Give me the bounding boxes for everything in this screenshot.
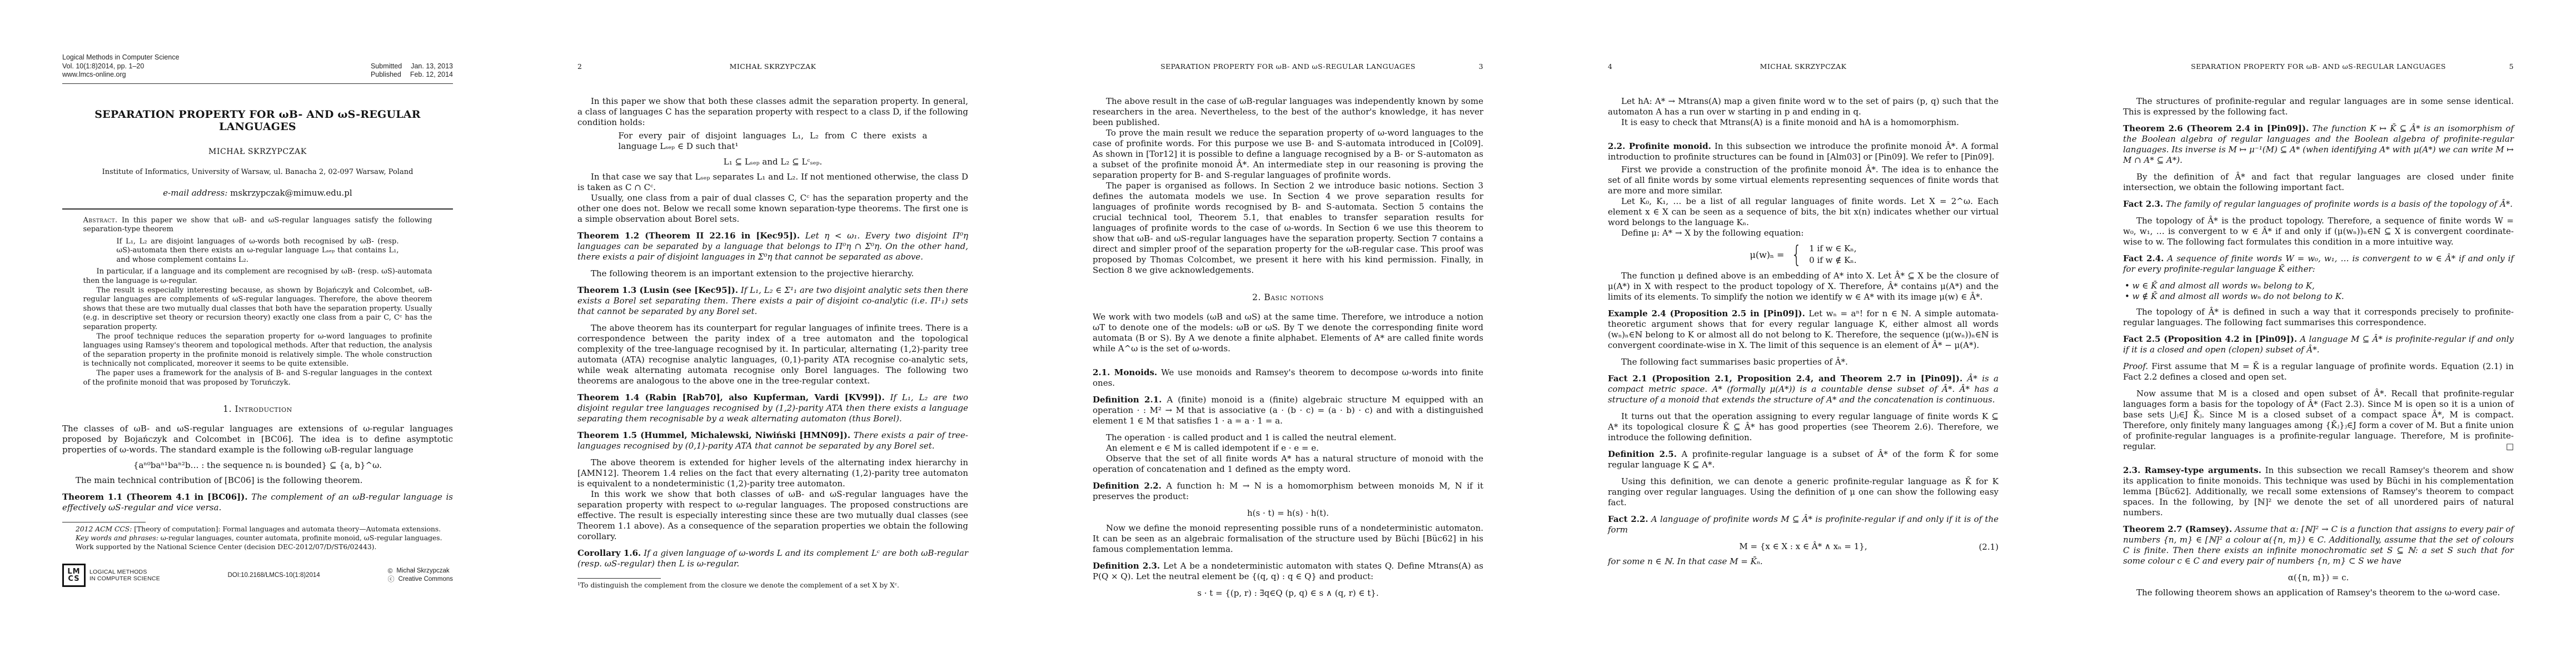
lead-label: Theorem 1.1 (Theorem 4.1 in [BC06]). [62,492,248,502]
text-run: The above theorem is extended for higher… [577,457,968,489]
text-run: We work with two models (ωB and ωS) at t… [1093,312,1483,354]
text-run: A sequence of finite words W = w₀, w₁, …… [2123,253,2514,274]
doi-link[interactable]: DOI:10.2168/LMCS-10(1:8)2014 [160,572,388,579]
paragraph: The above theorem is extended for higher… [577,457,968,489]
text-run: An element e ∈ M is called idempotent if… [1106,443,1319,453]
text-run: A language of profinite words M ⊆ Â* is … [1608,514,1999,535]
paragraph: To prove the main result we reduce the s… [1093,128,1483,181]
paper-title: SEPARATION PROPERTY FOR ωB- AND ωS-REGUL… [62,108,453,133]
lead-label: Theorem 1.5 (Hummel, Michalewski, Niwińs… [577,430,850,440]
paragraph: In this work we show that both classes o… [577,489,968,542]
bullet-list: w ∈ K̄ and almost all words wₙ belong to… [2123,281,2514,302]
paragraph: The paper is organised as follows. In Se… [1093,181,1483,276]
email-line: e-mail address: mskrzypczak@mimuw.edu.pl [62,188,453,198]
journal-brand-line: LOGICAL METHODS [89,569,160,576]
page-3-content: SEPARATION PROPERTY FOR ωB- AND ωS-REGUL… [1093,62,1483,603]
example-2-4: Example 2.4 (Proposition 2.5 in [Pin09])… [1608,308,1999,351]
text-run: The following theorem shows an applicati… [2136,588,2500,598]
text-run: Observe that the set of all finite words… [1093,454,1483,474]
formula-text: h(s · t) = h(s) · h(t). [1247,508,1329,518]
paragraph: Now assume that M is a closed and open s… [2123,389,2514,452]
page-2: 2MICHAŁ SKRZYPCZAKIn this paper we show … [515,0,1030,667]
text-run: Let hA: A* → Mtrans(A) map a given finit… [1608,96,1999,117]
text-run: The following theorem is an important ex… [591,268,914,278]
page-header-center: MICHAŁ SKRZYPCZAK [1760,62,1847,71]
text-run: It turns out that the operation assignin… [1608,411,1999,442]
subsection-profinite-monoid: 2.2. Profinite monoid. In this subsectio… [1608,141,1999,162]
lead-label: Theorem 1.3 (Lusin (see [Kec95]). [577,285,738,295]
formula-text: M = {x ∈ X : x ∈ Â* ∧ xₙ = 1}, [1739,541,1867,551]
fact-2-2: Fact 2.2. A language of profinite words … [1608,514,1999,535]
cases-line: 0 if w ∉ Kₙ. [1809,255,1856,266]
formula-text: {aⁿ⁰baⁿ¹baⁿ²b… : the sequence nᵢ is boun… [133,460,382,470]
corollary-1-6: Corollary 1.6. If a given language of ω-… [577,548,968,569]
bullet-item: w ∉ K̄ and almost all words wₙ do not be… [2123,291,2514,302]
creative-commons-icon: ⓒ [388,575,395,584]
page-header: 2MICHAŁ SKRZYPCZAK [577,62,968,71]
formula-text: L₁ ⊆ Lₛₑₚ and L₂ ⊆ Lᶜₛₑₚ. [724,157,823,167]
paragraph: By the definition of Â* and fact that re… [2123,172,2514,193]
submission-label: Submitted [371,62,402,71]
theorem-1-2: Theorem 1.2 (Theorem II 22.16 in [Kec95]… [577,231,968,262]
lead-label: Theorem 1.2 (Theorem II 22.16 in [Kec95]… [577,231,800,241]
text-run: Define μ: A* → X by the following equati… [1621,228,1803,238]
logo-text: CS [68,575,79,583]
lead-label: Fact 2.5 (Proposition 4.2 in [Pin09]). [2123,334,2297,344]
paragraph: Define μ: A* → X by the following equati… [1608,228,1999,238]
journal-masthead: Logical Methods in Computer ScienceVol. … [62,53,453,79]
lead-label: Theorem 2.6 (Theorem 2.4 in [Pin09]). [2123,123,2309,133]
license-row: ⓒCreative Commons [388,575,453,584]
thin-rule [62,83,453,84]
paragraph: The following theorem is an important ex… [577,268,968,279]
paragraph: The function μ defined above is an embed… [1608,271,1999,302]
paragraph: for some n ∈ ℕ. In that case M = K̄ₙ. [1608,556,1999,567]
page-1-content: Logical Methods in Computer ScienceVol. … [62,53,453,552]
paragraph: An element e ∈ M is called idempotent if… [1093,443,1483,454]
journal-info: Logical Methods in Computer ScienceVol. … [62,53,180,79]
page-3: SEPARATION PROPERTY FOR ωB- AND ωS-REGUL… [1030,0,1546,667]
lead-label: Fact 2.1 (Proposition 2.1, Proposition 2… [1608,374,1962,384]
formula: {aⁿ⁰baⁿ¹baⁿ²b… : the sequence nᵢ is boun… [62,460,453,470]
journal-footer: LMCSLOGICAL METHODSIN COMPUTER SCIENCEDO… [62,564,453,587]
theorem-1-3: Theorem 1.3 (Lusin (see [Kec95]). If L₁,… [577,285,968,317]
page-5-content: SEPARATION PROPERTY FOR ωB- AND ωS-REGUL… [2123,62,2514,598]
subsection-monoids: 2.1. Monoids. We use monoids and Ramsey'… [1093,367,1483,389]
lmcs-logo-icon: LMCS [62,564,86,587]
submission-date: Jan. 13, 2013 [411,62,453,71]
text-run: In that case we say that Lₛₑₚ separates … [577,172,968,192]
formula-text: s · t = {(p, r) : ∃q∈Q (p, q) ∈ s ∧ (q, … [1197,588,1378,598]
text-run: ω-regular languages, counter automata, p… [158,534,442,542]
journal-brand: LOGICAL METHODSIN COMPUTER SCIENCE [89,569,160,583]
subsection-ramsey-type-arguments: 2.3. Ramsey-type arguments. In this subs… [2123,465,2514,518]
text-run: In particular, if a language and its com… [83,267,432,285]
text-run: It is easy to check that Mtrans(A) is a … [1621,117,1959,127]
page-4-content: 4MICHAŁ SKRZYPCZAKLet hA: A* → Mtrans(A)… [1608,62,1999,567]
lead-label: e-mail address: [163,188,227,198]
page-2-content: 2MICHAŁ SKRZYPCZAKIn this paper we show … [577,62,968,590]
page-header-right: 3 [1479,62,1483,71]
definition-2-3: Definition 2.3. Let A be a nondeterminis… [1093,561,1483,582]
text-run: First we provide a construction of the p… [1608,165,1999,196]
text-run: for some n ∈ ℕ. In that case M = K̄ₙ. [1608,556,1763,566]
section-introduction: 1. Introduction [62,404,453,414]
text-run: The structures of profinite-regular and … [2123,96,2514,117]
formula-text: α({n, m}) = c. [2288,573,2349,583]
text-run: The proof technique reduces the separati… [83,332,432,369]
text-run: The family of regular languages of profi… [2163,199,2513,209]
journal-info-line: Vol. 10(1:8)2014, pp. 1–20 [62,62,180,71]
paragraph: It turns out that the operation assignin… [1608,411,1999,443]
text-run: The main technical contribution of [BC06… [76,475,362,485]
theorem-2-7: Theorem 2.7 (Ramsey). Assume that α: [ℕ]… [2123,524,2514,566]
lead-label: Definition 2.3. [1093,561,1160,571]
abstract-quote: If L₁, L₂ are disjoint languages of ω-wo… [117,237,399,265]
lead-label: 2.3. Ramsey-type arguments. [2123,465,2261,475]
text-run: By the definition of Â* and fact that re… [2123,172,2514,192]
text-run: Now we define the monoid representing po… [1093,523,1483,554]
text-run: First assume that M = K̄ is a regular la… [2123,361,2514,382]
paragraph: The main technical contribution of [BC06… [62,475,453,486]
equation-tag: (2.1) [1979,542,1999,552]
lead-label: Theorem 2.7 (Ramsey). [2123,524,2232,534]
abstract-paragraph: In particular, if a language and its com… [83,267,432,286]
paragraph: Let hA: A* → Mtrans(A) map a given finit… [1608,96,1999,117]
text-run: Let K₀, K₁, … be a list of all regular l… [1608,196,1999,227]
formula: α({n, m}) = c. [2123,573,2514,583]
fact-2-4: Fact 2.4. A sequence of finite words W =… [2123,253,2514,275]
text-run: The function μ defined above is an embed… [1608,271,1999,302]
abstract-paragraph: The proof technique reduces the separati… [83,332,432,369]
paragraph: Let K₀, K₁, … be a list of all regular l… [1608,196,1999,228]
theorem-1-5: Theorem 1.5 (Hummel, Michalewski, Niwińs… [577,430,968,451]
lead-label: Key words and phrases: [76,534,158,542]
paragraph: First we provide a construction of the p… [1608,165,1999,196]
lead-label: Corollary 1.6. [577,548,641,558]
footnote-1: ¹To distinguish the complement from the … [577,581,968,590]
text-run: ¹To distinguish the complement from the … [577,581,899,589]
lead-label: Theorem 1.4 (Rabin [Rab70], also Kupferm… [577,392,885,402]
quote: For every pair of disjoint languages L₁,… [619,131,928,152]
page-5: SEPARATION PROPERTY FOR ωB- AND ωS-REGUL… [2061,0,2576,667]
text-run: The paper is organised as follows. In Se… [1093,181,1483,275]
lead-label: Definition 2.5. [1608,449,1677,459]
definition-2-1: Definition 2.1. A (finite) monoid is a (… [1093,395,1483,426]
section-basic-notions: 2. Basic notions [1093,292,1483,302]
cases-formula: μ(w)ₙ ={1 if w ∈ Kₙ,0 if w ∉ Kₙ. [1608,243,1999,266]
lead-label: Definition 2.2. [1093,481,1162,491]
page-header: SEPARATION PROPERTY FOR ωB- AND ωS-REGUL… [2123,62,2514,71]
author-name: MICHAŁ SKRZYPCZAK [62,147,453,156]
equation-2-1: M = {x ∈ X : x ∈ Â* ∧ xₙ = 1},(2.1) [1608,541,1999,551]
page-1: Logical Methods in Computer ScienceVol. … [0,0,515,667]
page-header-center: MICHAŁ SKRZYPCZAK [730,62,816,71]
lead-label: Example 2.4 (Proposition 2.5 in [Pin09])… [1608,308,1805,318]
page-header: 4MICHAŁ SKRZYPCZAK [1608,62,1999,71]
definition-2-5: Definition 2.5. A profinite-regular lang… [1608,449,1999,470]
left-brace-glyph: { [1791,243,1802,266]
text-run: The topology of Â* is defined in such a … [2123,307,2514,327]
page-header-center: SEPARATION PROPERTY FOR ωB- AND ωS-REGUL… [2191,62,2446,71]
paragraph: Now we define the monoid representing po… [1093,523,1483,555]
page-header: SEPARATION PROPERTY FOR ωB- AND ωS-REGUL… [1093,62,1483,71]
abstract-paragraph: The paper uses a framework for the analy… [83,369,432,387]
foot-rule [62,522,146,522]
fact-2-1: Fact 2.1 (Proposition 2.1, Proposition 2… [1608,374,1999,405]
paragraph: It is easy to check that Mtrans(A) is a … [1608,117,1999,128]
fact-2-3: Fact 2.3. The family of regular language… [2123,199,2514,210]
formula: s · t = {(p, r) : ∃q∈Q (p, q) ∈ s ∧ (q, … [1093,588,1483,598]
page-header-right: 5 [2509,62,2514,71]
copyright-icon: © [388,567,393,575]
paragraph: The following theorem shows an applicati… [2123,588,2514,598]
text-run: The topology of Â* is the product topolo… [2123,216,2514,247]
text-run: The result is especially interesting bec… [83,286,432,331]
text-run: The paper uses a framework for the analy… [83,369,432,387]
lead-label: 2.1. Monoids. [1093,367,1157,377]
paragraph: We work with two models (ωB and ωS) at t… [1093,312,1483,354]
text-run: [Theory of computation]: Formal language… [132,525,441,533]
lead-label: 2.2. Profinite monoid. [1608,141,1711,151]
paragraph: The operation · is called product and 1 … [1093,432,1483,443]
footnote-keywords: Key words and phrases: ω-regular languag… [62,534,453,543]
paragraph: The structures of profinite-regular and … [2123,96,2514,117]
lead-label: Definition 2.1. [1093,395,1162,405]
paragraph: The classes of ωB- and ωS-regular langua… [62,424,453,455]
submission-date: Feb. 12, 2014 [410,71,453,79]
license-info: ©Michał SkrzypczakⓒCreative Commons [388,567,453,584]
page-header-left: 2 [577,62,582,71]
fact-2-5: Fact 2.5 (Proposition 4.2 in [Pin09]). A… [2123,334,2514,355]
text-run: Work supported by the National Science C… [76,543,376,551]
proof: Proof. First assume that M = K̄ is a reg… [2123,361,2514,382]
text-run: In this paper we show that ωB- and ωS-re… [83,216,432,234]
license-name: Creative Commons [398,575,453,584]
text-run: In this paper we show that both these cl… [577,96,968,127]
text-run: The classes of ωB- and ωS-regular langua… [62,424,453,455]
bullet-item: w ∈ K̄ and almost all words wₙ belong to… [2123,281,2514,291]
theorem-1-1: Theorem 1.1 (Theorem 4.1 in [BC06]). The… [62,492,453,513]
cases-line: 1 if w ∈ Kₙ, [1809,243,1856,255]
cases-lhs: μ(w)ₙ = [1750,250,1784,260]
paragraph: The above result in the case of ωB-regul… [1093,96,1483,128]
thick-rule [62,208,453,210]
lead-label: Fact 2.3. [2123,199,2163,209]
journal-brand-line: IN COMPUTER SCIENCE [89,575,160,583]
journal-url[interactable]: www.lmcs-online.org [62,71,180,79]
text-run[interactable]: mskrzypczak@mimuw.edu.pl [227,188,352,198]
text-run: Using this definition, we can denote a g… [1608,476,1999,507]
text-run: The operation · is called product and 1 … [1106,432,1397,442]
paragraph: Usually, one class from a pair of dual c… [577,193,968,225]
lead-label: Fact 2.4. [2123,253,2164,263]
paragraph: Observe that the set of all finite words… [1093,454,1483,475]
document-pages: Logical Methods in Computer ScienceVol. … [0,0,2576,667]
footnote-support: Work supported by the National Science C… [62,543,453,552]
text-run: In this work we show that both classes o… [577,489,968,541]
paragraph: Using this definition, we can denote a g… [1608,476,1999,508]
text-run: The above theorem has its counterpart fo… [577,323,968,386]
qed-box-icon: □ [2493,441,2514,452]
paragraph: In this paper we show that both these cl… [577,96,968,128]
page-header-left: 4 [1608,62,1612,71]
lead-label: 2012 ACM CCS: [76,525,132,533]
abstract-paragraph: Abstract. In this paper we show that ωB-… [83,216,432,235]
submission-row: PublishedFeb. 12, 2014 [371,71,453,79]
copyright-holder: Michał Skrzypczak [396,567,449,575]
page-header-center: SEPARATION PROPERTY FOR ωB- AND ωS-REGUL… [1160,62,1416,71]
foot-rule [577,578,661,579]
journal-info-line: Logical Methods in Computer Science [62,53,180,62]
paragraph: The topology of Â* is the product topolo… [2123,216,2514,247]
paragraph: The above theorem has its counterpart fo… [577,323,968,386]
affiliation: Institute of Informatics, University of … [62,167,453,177]
text-run: To prove the main result we reduce the s… [1093,128,1483,180]
definition-2-2: Definition 2.2. A function h: M → N is a… [1093,481,1483,502]
text-run: The above result in the case of ωB-regul… [1093,96,1483,127]
text-run: The following fact summarises basic prop… [1621,357,1848,367]
copyright-row: ©Michał Skrzypczak [388,567,453,575]
paragraph: In that case we say that Lₛₑₚ separates … [577,172,968,193]
submission-label: Published [371,71,401,79]
page-4: 4MICHAŁ SKRZYPCZAKLet hA: A* → Mtrans(A)… [1546,0,2061,667]
lead-label: Abstract. [83,216,118,225]
theorem-2-6: Theorem 2.6 (Theorem 2.4 in [Pin09]). Th… [2123,123,2514,166]
footnote-ccs: 2012 ACM CCS: [Theory of computation]: F… [62,525,453,534]
lead-label: Fact 2.2. [1608,514,1648,524]
abstract-paragraph: The result is especially interesting bec… [83,286,432,332]
submission-row: SubmittedJan. 13, 2013 [371,62,453,71]
paragraph: The following fact summarises basic prop… [1608,357,1999,367]
lead-label: Proof. [2123,361,2148,371]
paragraph: The topology of Â* is defined in such a … [2123,307,2514,328]
formula: h(s · t) = h(s) · h(t). [1093,508,1483,518]
theorem-1-4: Theorem 1.4 (Rabin [Rab70], also Kupferm… [577,392,968,424]
text-run: Usually, one class from a pair of dual c… [577,193,968,224]
text-run: Now assume that M is a closed and open s… [2123,389,2514,451]
formula: L₁ ⊆ Lₛₑₚ and L₂ ⊆ Lᶜₛₑₚ. [577,157,968,167]
cases-lines: 1 if w ∈ Kₙ,0 if w ∉ Kₙ. [1809,243,1856,266]
submission-info: SubmittedJan. 13, 2013PublishedFeb. 12, … [371,62,453,79]
